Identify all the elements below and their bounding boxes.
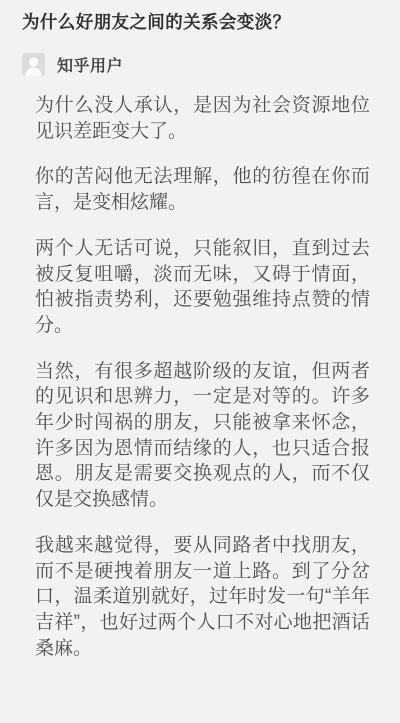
user-silhouette-icon	[22, 53, 45, 76]
answer-paragraph: 当然，有很多超越阶级的友谊，但两者的见识和思辨力，一定是对等的。许多年少时闯祸的…	[35, 359, 370, 513]
anonymous-user-avatar-icon[interactable]	[22, 53, 45, 76]
author-name[interactable]: 知乎用户	[57, 53, 123, 76]
question-title[interactable]: 为什么好朋友之间的关系会变淡？	[0, 0, 400, 34]
answer-paragraph: 你的苦闷他无法理解，他的彷徨在你而言，是变相炫耀。	[35, 164, 370, 215]
answer-paragraph: 两个人无话可说，只能叙旧，直到过去被反复咀嚼，淡而无味，又碍于情面，怕被指责势利…	[35, 236, 370, 339]
answer-body: 为什么没人承认，是因为社会资源地位见识差距变大了。 你的苦闷他无法理解，他的彷徨…	[35, 93, 370, 661]
answer-paragraph: 我越来越觉得，要从同路者中找朋友，而不是硬拽着朋友一道上路。到了分岔口，温柔道别…	[35, 533, 370, 662]
answer-paragraph: 为什么没人承认，是因为社会资源地位见识差距变大了。	[35, 93, 370, 144]
author-row[interactable]: 知乎用户	[22, 53, 378, 76]
zhihu-answer-page: 为什么好朋友之间的关系会变淡？ 知乎用户 为什么没人承认，是因为社会资源地位见识…	[0, 0, 400, 723]
